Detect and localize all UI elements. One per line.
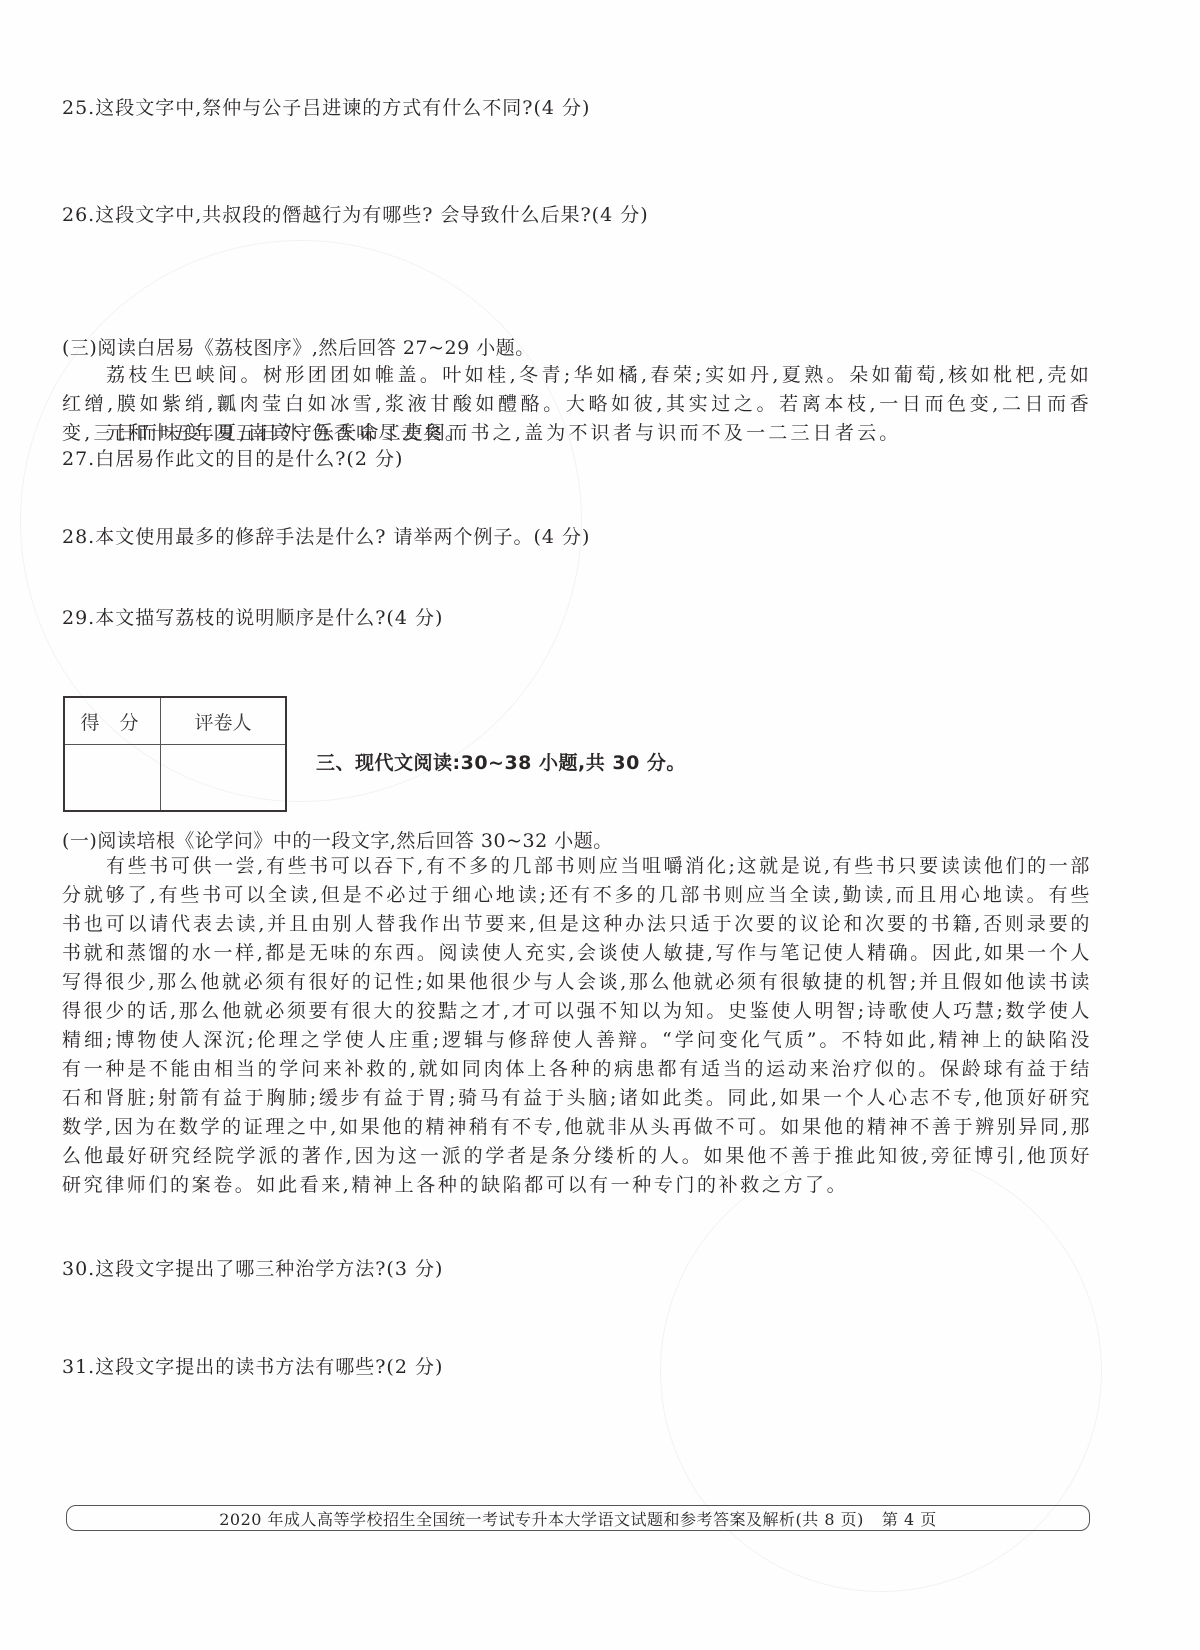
question-27: 27.白居易作此文的目的是什么?(2 分) [62,446,403,472]
grader-header: 评卷人 [161,698,285,745]
page-footer: 2020 年成人高等学校招生全国统一考试专升本大学语文试题和参考答案及解析(共 … [66,1505,1090,1531]
exam-page: 25.这段文字中,祭仲与公子吕进谏的方式有什么不同?(4 分) 26.这段文字中… [0,0,1200,1650]
question-text: 本文使用最多的修辞手法是什么? 请举两个例子。(4 分) [95,526,590,548]
reading-intro-bacon: (一)阅读培根《论学问》中的一段文字,然后回答 30~32 小题。 [62,828,613,854]
score-header: 得分 [65,698,161,745]
question-number: 28. [62,526,95,548]
question-31: 31.这段文字提出的读书方法有哪些?(2 分) [62,1354,443,1380]
question-number: 30. [62,1258,95,1280]
question-text: 这段文字中,祭仲与公子吕进谏的方式有什么不同?(4 分) [95,97,590,119]
question-30: 30.这段文字提出了哪三种治学方法?(3 分) [62,1256,443,1282]
question-text: 这段文字提出了哪三种治学方法?(3 分) [95,1258,443,1280]
question-number: 29. [62,607,95,629]
question-28: 28.本文使用最多的修辞手法是什么? 请举两个例子。(4 分) [62,524,590,550]
lychee-paragraph-2: 元和十五年夏,南宾守乐天命工吏图而书之,盖为不识者与识而不及一二三日者云。 [62,419,1092,448]
question-26: 26.这段文字中,共叔段的僭越行为有哪些? 会导致什么后果?(4 分) [62,202,649,228]
question-text: 这段文字提出的读书方法有哪些?(2 分) [95,1356,443,1378]
section-heading-modern-reading: 三、现代文阅读:30~38 小题,共 30 分。 [316,748,686,775]
question-number: 25. [62,97,95,119]
question-number: 31. [62,1356,95,1378]
question-29: 29.本文描写荔枝的说明顺序是什么?(4 分) [62,605,443,631]
question-25: 25.这段文字中,祭仲与公子吕进谏的方式有什么不同?(4 分) [62,95,590,121]
question-number: 26. [62,204,95,226]
score-table: 得分 评卷人 [63,696,287,812]
bacon-paragraph: 有些书可供一尝,有些书可以吞下,有不多的几部书则应当咀嚼消化;这就是说,有些书只… [62,852,1092,1200]
question-text: 这段文字中,共叔段的僭越行为有哪些? 会导致什么后果?(4 分) [95,204,648,226]
reading-intro-lychee: (三)阅读白居易《荔枝图序》,然后回答 27~29 小题。 [62,335,535,361]
page-number: 第 4 页 [882,1507,937,1530]
question-text: 白居易作此文的目的是什么?(2 分) [95,448,403,470]
grader-value-field[interactable] [161,745,285,810]
question-text: 本文描写荔枝的说明顺序是什么?(4 分) [95,607,443,629]
footer-title: 2020 年成人高等学校招生全国统一考试专升本大学语文试题和参考答案及解析(共 … [219,1507,864,1530]
score-value-field[interactable] [65,745,161,810]
question-number: 27. [62,448,95,470]
